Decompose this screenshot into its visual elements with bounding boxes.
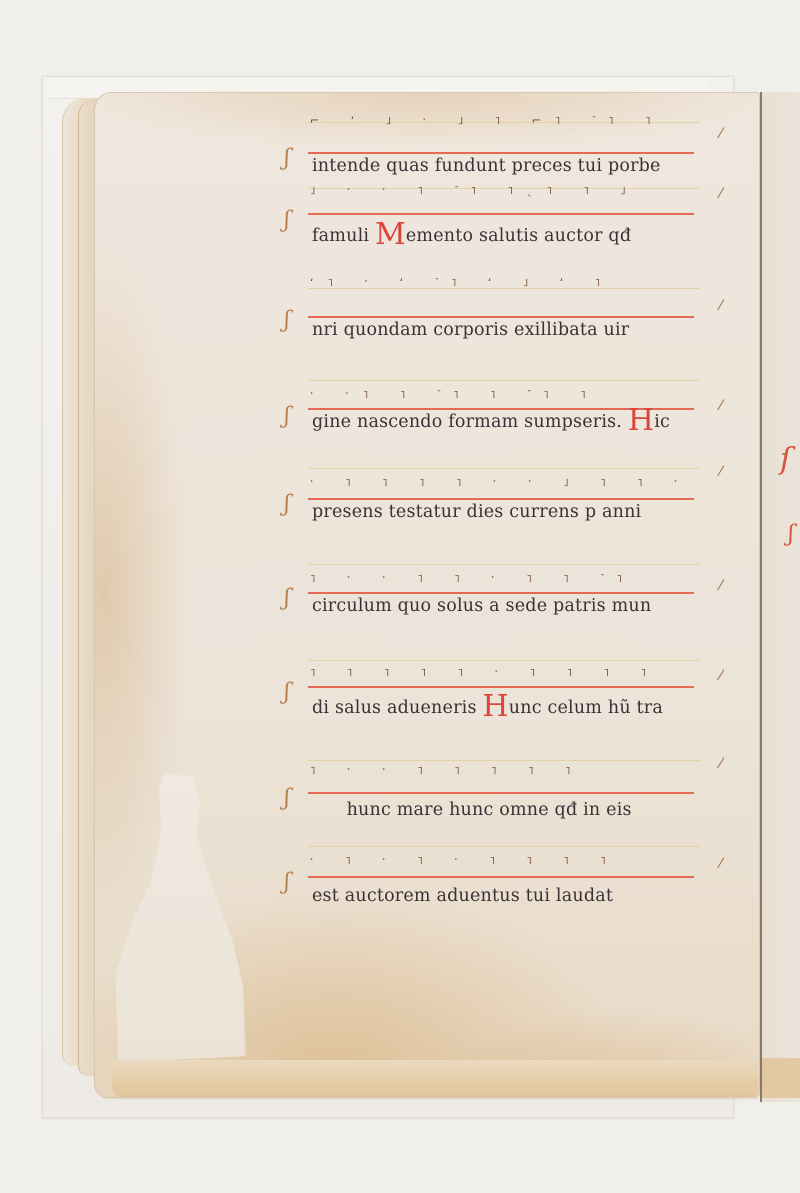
neumes: ˑ ˥ ˑ ˥ ˑ ˥ ˥ ˥ ˥ xyxy=(310,854,694,874)
music-system-1: ⌐ ʻ ˩ ˑ ˩ ˥ ⌐˥ ˥˥ ˥ ʃ ⁄ intende quas fun… xyxy=(284,108,714,188)
music-system-7: ˥ ˥ ˥ ˥ ˥ ˑ ˥ ˥ ˥ ˥ ʃ ⁄ di salus aduener… xyxy=(284,588,714,668)
dry-staff-line xyxy=(308,380,700,381)
leaf-bottom-stain xyxy=(112,1060,758,1097)
lyric-line: est auctorem aduentus tui laudat xyxy=(312,886,613,906)
dry-staff-line xyxy=(308,564,700,565)
dry-staff-line xyxy=(308,846,700,847)
music-system-5: ˑ ˥ ˥ ˥ ˥ ˑ ˑ ˩ ˥ ˥ ˑ ʃ ⁄ presens testat… xyxy=(284,428,714,508)
neumes: ˩ ˑ ˑ ˥ ˥˥ ˥ˎ˥ ˥ ˩ xyxy=(310,184,694,204)
custos-icon: ⁄ xyxy=(720,398,722,414)
custos-icon: ⁄ xyxy=(720,578,722,594)
facing-page-stain xyxy=(762,1058,800,1098)
red-staff-line xyxy=(308,498,694,500)
neumes: ˑ ˥ ˥ ˥ ˥ ˑ ˑ ˩ ˥ ˥ ˑ xyxy=(310,476,694,496)
custos-icon: ⁄ xyxy=(720,668,722,684)
custos-icon: ⁄ xyxy=(720,298,722,314)
clef-icon: ʃ xyxy=(284,308,290,333)
custos-icon: ⁄ xyxy=(720,856,722,872)
music-system-4: ˑ ˑ˥ ˥ ˥˥ ˥ ˥˥ ˥ ʃ ⁄ gine nascendo forma… xyxy=(284,348,714,428)
lyric-line: famuli Memento salutis auctor qđ xyxy=(312,226,631,246)
dry-staff-line xyxy=(308,468,700,469)
clef-icon: ʃ xyxy=(284,208,290,233)
neumes: ʻ˥ ˑ ʻ ˥˥ ʻ ˩ ʻ ˥ xyxy=(310,276,694,296)
red-staff-line xyxy=(308,316,694,318)
music-system-3: ʻ˥ ˑ ʻ ˥˥ ʻ ˩ ʻ ˥ ʃ ⁄ nri quondam corpor… xyxy=(284,268,714,348)
music-system-2: ˩ ˑ ˑ ˥ ˥˥ ˥ˎ˥ ˥ ˩ ʃ ⁄ famuli Memento sa… xyxy=(284,188,714,268)
custos-icon: ⁄ xyxy=(720,126,722,142)
facing-page-rubric-2: ʃ xyxy=(788,522,794,547)
red-staff-line xyxy=(308,876,694,878)
red-staff-line xyxy=(308,152,694,154)
lyric-line: nri quondam corporis exillibata uir xyxy=(312,320,629,340)
clef-icon: ʃ xyxy=(284,404,290,429)
lyric-line: intende quas fundunt preces tui porbe xyxy=(312,156,661,176)
music-system-6: ˥ ˑ ˑ ˥ ˥ ˑ ˥ ˥ ˥˥ ʃ ⁄ circulum quo solu… xyxy=(284,508,714,588)
chant-text-block: ⌐ ʻ ˩ ˑ ˩ ˥ ⌐˥ ˥˥ ˥ ʃ ⁄ intende quas fun… xyxy=(284,108,714,828)
red-staff-line xyxy=(308,213,694,215)
custos-icon: ⁄ xyxy=(720,464,722,480)
clef-icon: ʃ xyxy=(284,870,290,895)
custos-icon: ⁄ xyxy=(720,186,722,202)
neumes: ⌐ ʻ ˩ ˑ ˩ ˥ ⌐˥ ˥˥ ˥ xyxy=(310,114,694,134)
rubric-initial: M xyxy=(375,217,406,252)
music-system-9: ˑ ˥ ˑ ˥ ˑ ˥ ˥ ˥ ˥ ʃ ⁄ est auctorem aduen… xyxy=(284,748,714,828)
facing-page-rubric: ſ xyxy=(780,442,791,477)
clef-icon: ʃ xyxy=(284,146,290,171)
custos-icon: ⁄ xyxy=(720,756,722,772)
facing-page: ſ ʃ xyxy=(760,92,800,1102)
music-system-8: ˥ ˑ ˑ ˥ ˥ ˥ ˥ ˥ ʃ ⁄ hunc mare hunc omne … xyxy=(284,668,714,748)
dry-staff-line xyxy=(308,660,700,661)
